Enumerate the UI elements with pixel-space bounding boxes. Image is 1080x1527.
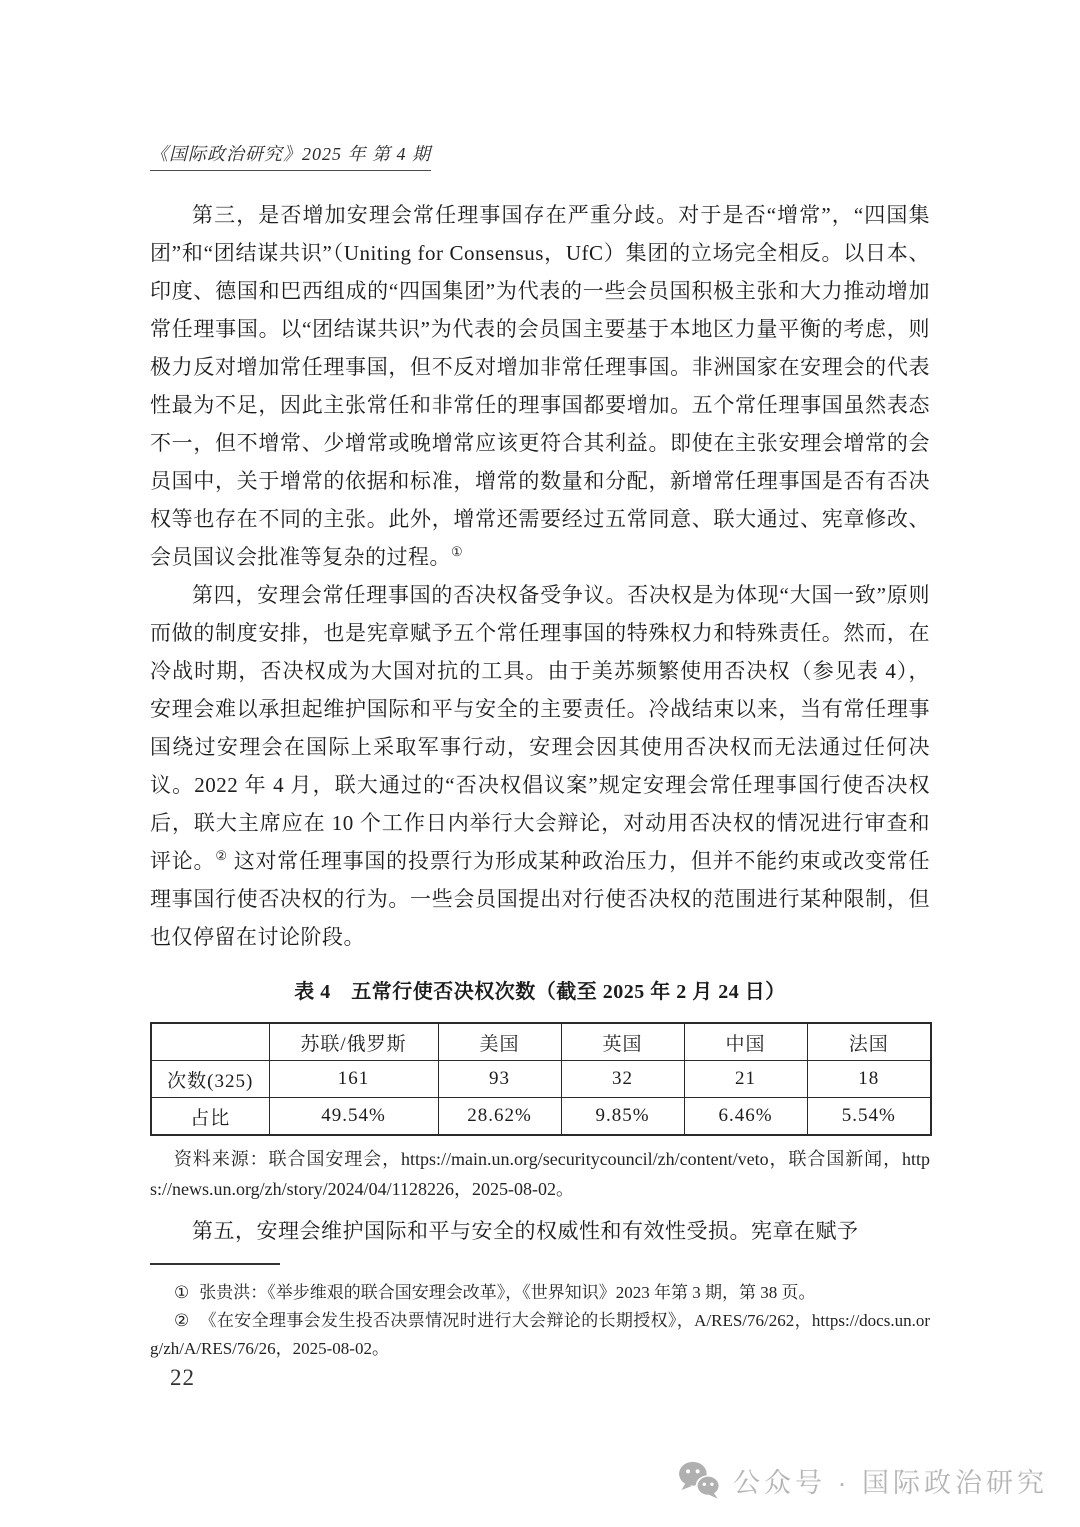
table-row-share: 占比 49.54% 28.62% 9.85% 6.46% 5.54% bbox=[151, 1098, 931, 1136]
table-header-cell-uk: 英国 bbox=[561, 1023, 684, 1061]
content-column: 《国际政治研究》2025 年 第 4 期 第三，是否增加安理会常任理事国存在严重… bbox=[150, 140, 930, 1391]
table-row-counts: 次数(325) 161 93 32 21 18 bbox=[151, 1061, 931, 1098]
table-header-row: 苏联/俄罗斯 美国 英国 中国 法国 bbox=[151, 1023, 931, 1061]
table-cell: 28.62% bbox=[438, 1098, 561, 1136]
footnote-marker: ② bbox=[174, 1311, 190, 1330]
paragraph-third-point: 第三，是否增加安理会常任理事国存在严重分歧。对于是否“增常”，“四国集团”和“团… bbox=[150, 196, 930, 576]
paragraph-fourth-point: 第四，安理会常任理事国的否决权备受争议。否决权是为体现“大国一致”原则而做的制度… bbox=[150, 576, 930, 956]
paragraph-text: 第三，是否增加安理会常任理事国存在严重分歧。对于是否“增常”，“四国集团”和“团… bbox=[150, 203, 930, 569]
footnote-ref-2: ② bbox=[215, 848, 227, 863]
table-cell: 5.54% bbox=[807, 1098, 931, 1136]
table-header-cell-empty bbox=[151, 1023, 269, 1061]
watermark-label: 公众号 · 国际政治研究 bbox=[733, 1461, 1048, 1500]
table-cell: 32 bbox=[561, 1061, 684, 1098]
footnotes-section: ①张贵洪：《举步维艰的联合国安理会改革》，《世界知识》2023 年第 3 期，第… bbox=[150, 1279, 930, 1363]
table-cell: 21 bbox=[684, 1061, 807, 1098]
veto-table: 苏联/俄罗斯 美国 英国 中国 法国 次数(325) 161 93 32 21 … bbox=[150, 1022, 932, 1136]
table-cell: 18 bbox=[807, 1061, 931, 1098]
paragraph-text: 第四，安理会常任理事国的否决权备受争议。否决权是为体现“大国一致”原则而做的制度… bbox=[150, 583, 930, 873]
table-cell: 49.54% bbox=[269, 1098, 438, 1136]
table-source-note: 资料来源：联合国安理会，https://main.un.org/security… bbox=[150, 1144, 930, 1204]
table-title: 表 4 五常行使否决权次数（截至 2025 年 2 月 24 日） bbox=[150, 978, 930, 1006]
journal-header: 《国际政治研究》2025 年 第 4 期 bbox=[150, 140, 930, 170]
footnote-item-1: ①张贵洪：《举步维艰的联合国安理会改革》，《世界知识》2023 年第 3 期，第… bbox=[150, 1279, 930, 1307]
footnote-item-2: ②《在安全理事会发生投否决票情况时进行大会辩论的长期授权》，A/RES/76/2… bbox=[150, 1307, 930, 1363]
table-header-cell-france: 法国 bbox=[807, 1023, 931, 1061]
table-cell: 6.46% bbox=[684, 1098, 807, 1136]
footnote-text: 张贵洪：《举步维艰的联合国安理会改革》，《世界知识》2023 年第 3 期，第 … bbox=[199, 1283, 815, 1302]
row-label: 占比 bbox=[151, 1098, 269, 1136]
paragraph-fifth-point: 第五，安理会维护国际和平与安全的权威性和有效性受损。宪章在赋予 bbox=[150, 1212, 930, 1250]
watermark: 公众号 · 国际政治研究 bbox=[677, 1460, 1048, 1500]
table-cell: 93 bbox=[438, 1061, 561, 1098]
footnote-text: 《在安全理事会发生投否决票情况时进行大会辩论的长期授权》，A/RES/76/26… bbox=[150, 1311, 930, 1358]
table-header-cell-ussr-russia: 苏联/俄罗斯 bbox=[269, 1023, 438, 1061]
wechat-icon bbox=[677, 1460, 723, 1500]
footnote-separator bbox=[150, 1263, 280, 1265]
page-number: 22 bbox=[150, 1365, 930, 1391]
paragraph-text: 这对常任理事国的投票行为形成某种政治压力，但并不能约束或改变常任理事国行使否决权… bbox=[150, 849, 930, 949]
table-header-cell-china: 中国 bbox=[684, 1023, 807, 1061]
table-cell: 161 bbox=[269, 1061, 438, 1098]
table-cell: 9.85% bbox=[561, 1098, 684, 1136]
journal-header-text: 《国际政治研究》2025 年 第 4 期 bbox=[150, 140, 431, 171]
row-label: 次数(325) bbox=[151, 1061, 269, 1098]
table-header-cell-usa: 美国 bbox=[438, 1023, 561, 1061]
document-page: 《国际政治研究》2025 年 第 4 期 第三，是否增加安理会常任理事国存在严重… bbox=[0, 0, 1080, 1527]
footnote-marker: ① bbox=[174, 1283, 189, 1302]
footnote-ref-1: ① bbox=[451, 544, 463, 559]
